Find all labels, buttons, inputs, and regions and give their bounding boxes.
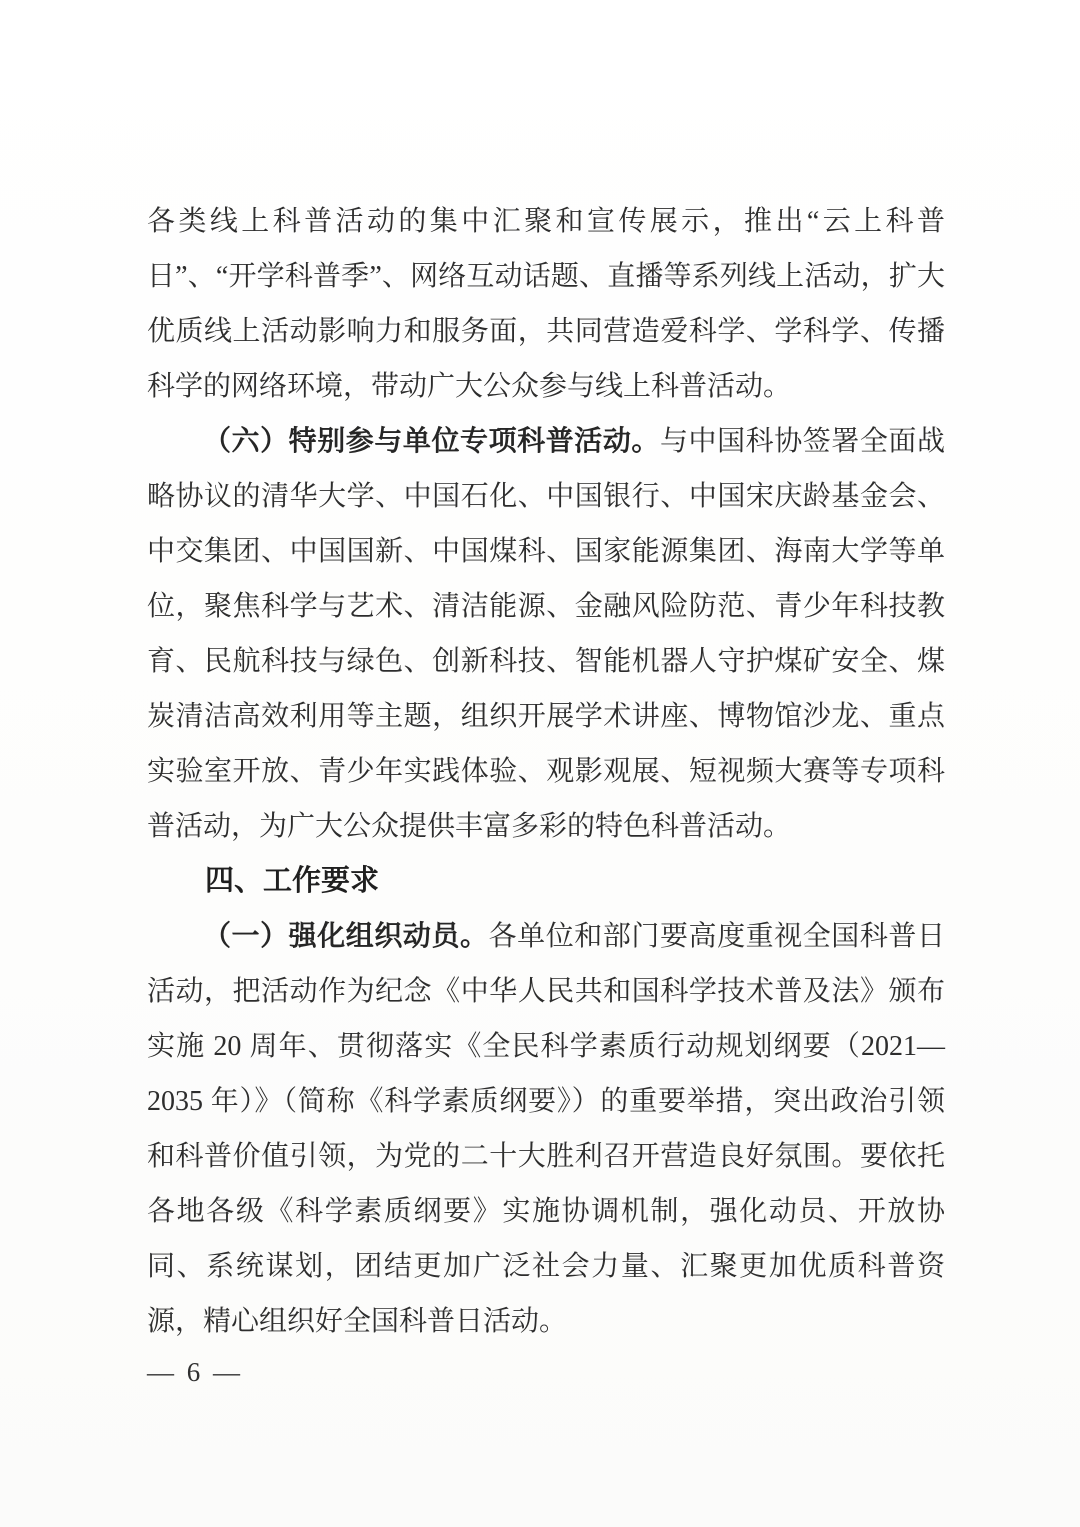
document-body: 各类线上科普活动的集中汇聚和宣传展示，推出“云上科普日”、“开学科普季”、网络互… bbox=[147, 194, 945, 1349]
page-number: — 6 — bbox=[147, 1352, 243, 1392]
paragraph-special-units: （六）特别参与单位专项科普活动。与中国科协签署全面战略协议的清华大学、中国石化、… bbox=[147, 414, 945, 854]
paragraph-online-activities: 各类线上科普活动的集中汇聚和宣传展示，推出“云上科普日”、“开学科普季”、网络互… bbox=[147, 194, 945, 414]
paragraph-org-mobilization: （一）强化组织动员。各单位和部门要高度重视全国科普日活动，把活动作为纪念《中华人… bbox=[147, 909, 945, 1349]
paragraph-special-units-body: 与中国科协签署全面战略协议的清华大学、中国石化、中国银行、中国宋庆龄基金会、中交… bbox=[147, 426, 945, 842]
paragraph-org-mobilization-lead: （一）强化组织动员。 bbox=[203, 921, 489, 952]
paragraph-special-units-lead: （六）特别参与单位专项科普活动。 bbox=[203, 426, 660, 457]
section-heading-work-requirements: 四、工作要求 bbox=[147, 854, 945, 909]
paragraph-org-mobilization-body: 各单位和部门要高度重视全国科普日活动，把活动作为纪念《中华人民共和国科学技术普及… bbox=[147, 921, 945, 1337]
document-page: 各类线上科普活动的集中汇聚和宣传展示，推出“云上科普日”、“开学科普季”、网络互… bbox=[0, 0, 1080, 1527]
